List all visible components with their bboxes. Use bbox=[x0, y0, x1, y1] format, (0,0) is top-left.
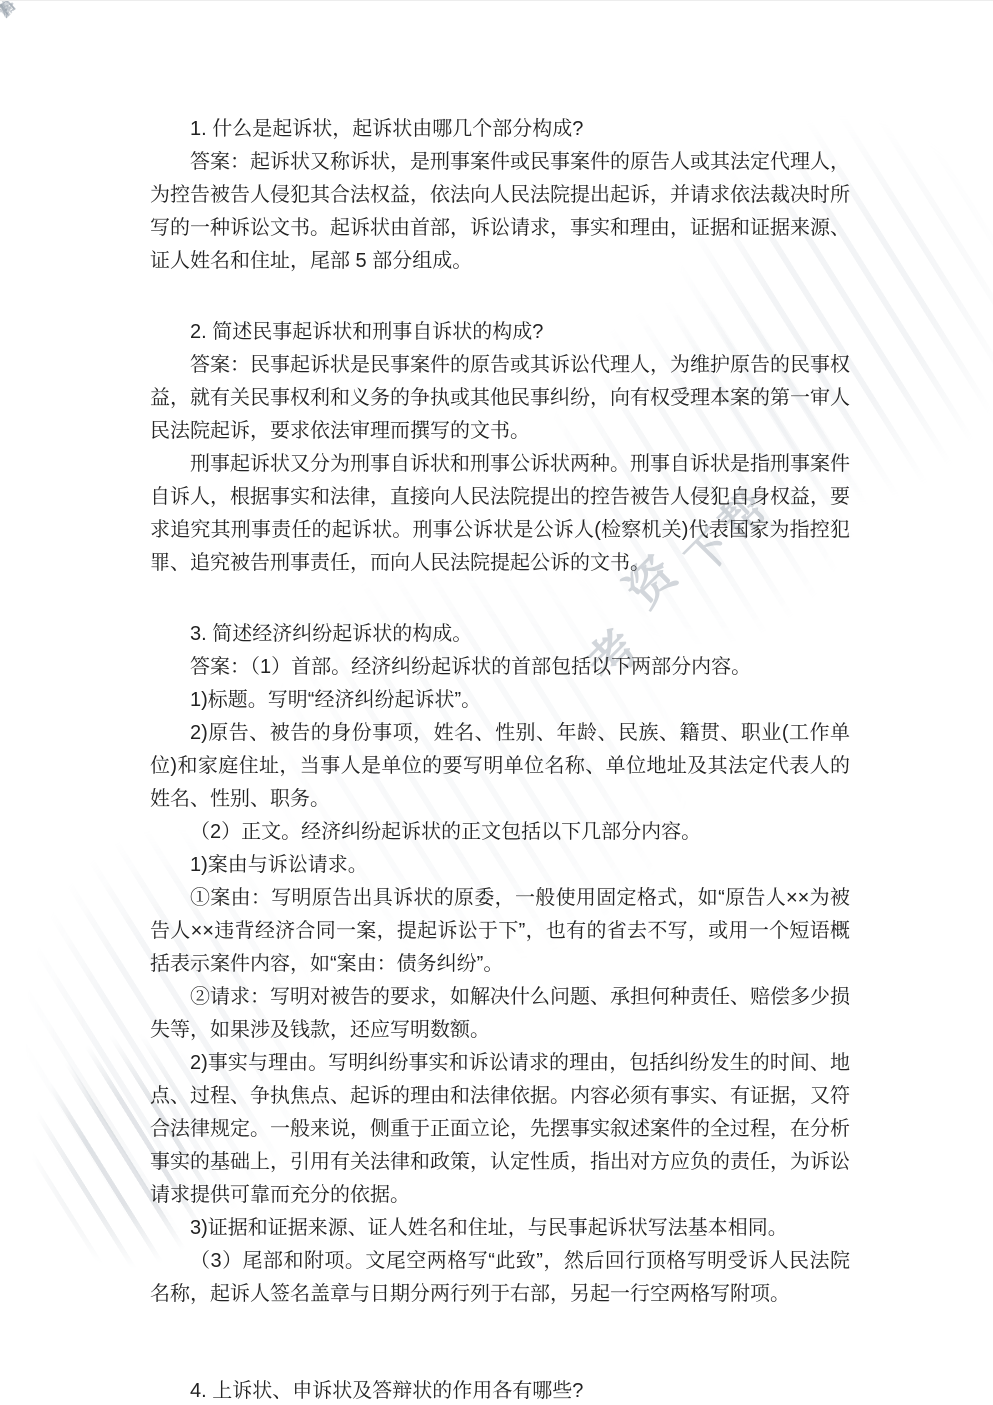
answer-3-paragraph-5: 1)案由与诉讼请求。 bbox=[150, 849, 850, 882]
watermark-text-fragment: 料 bbox=[0, 0, 19, 20]
question-2: 2. 简述民事起诉状和刑事自诉状的构成? bbox=[150, 316, 850, 349]
answer-3-paragraph-7: ②请求：写明对被告的要求，如解决什么问题、承担何种责任、赔偿多少损失等，如果涉及… bbox=[150, 981, 850, 1047]
answer-3-paragraph-10: （3）尾部和附项。文尾空两格写“此致”，然后回行顶格写明受诉人民法院名称，起诉人… bbox=[150, 1245, 850, 1311]
question-4: 4. 上诉状、申诉状及答辩状的作用各有哪些? bbox=[150, 1375, 850, 1405]
document-page: 料 】 A 路 刀 资 下 帮 考 1. 什么是起诉状，起诉状由哪几个部分构成?… bbox=[0, 0, 993, 1405]
question-1: 1. 什么是起诉状，起诉状由哪几个部分构成? bbox=[150, 113, 850, 146]
answer-3-paragraph-8: 2)事实与理由。写明纠纷事实和诉讼请求的理由，包括纠纷发生的时间、地点、过程、争… bbox=[150, 1047, 850, 1212]
answer-1-paragraph: 答案：起诉状又称诉状，是刑事案件或民事案件的原告人或其法定代理人，为控告被告人侵… bbox=[150, 146, 850, 278]
answer-3-paragraph-6: ①案由：写明原告出具诉状的原委，一般使用固定格式，如“原告人××为被告人××违背… bbox=[150, 882, 850, 981]
watermark-text-fragment: A bbox=[0, 0, 16, 19]
answer-3-paragraph-3: 2)原告、被告的身份事项，姓名、性别、年龄、民族、籍贯、职业(工作单位)和家庭住… bbox=[150, 717, 850, 816]
answer-2-paragraph-2: 刑事起诉状又分为刑事自诉状和刑事公诉状两种。刑事自诉状是指刑事案件自诉人，根据事… bbox=[150, 448, 850, 580]
answer-2-paragraph-1: 答案：民事起诉状是民事案件的原告或其诉讼代理人，为维护原告的民事权益，就有关民事… bbox=[150, 349, 850, 448]
question-3: 3. 简述经济纠纷起诉状的构成。 bbox=[150, 618, 850, 651]
answer-3-paragraph-1: 答案：（1）首部。经济纠纷起诉状的首部包括以下两部分内容。 bbox=[150, 651, 850, 684]
answer-3-paragraph-2: 1)标题。写明“经济纠纷起诉状”。 bbox=[150, 684, 850, 717]
answer-3-paragraph-9: 3)证据和证据来源、证人姓名和住址，与民事起诉状写法基本相同。 bbox=[150, 1212, 850, 1245]
watermark-text-fragment: 路 bbox=[0, 0, 19, 20]
document-content: 1. 什么是起诉状，起诉状由哪几个部分构成? 答案：起诉状又称诉状，是刑事案件或… bbox=[150, 113, 850, 1405]
watermark-text-fragment: 】 bbox=[0, 0, 19, 20]
watermark-text-fragment: 刀 bbox=[0, 0, 19, 20]
answer-3-paragraph-4: （2）正文。经济纠纷起诉状的正文包括以下几部分内容。 bbox=[150, 816, 850, 849]
